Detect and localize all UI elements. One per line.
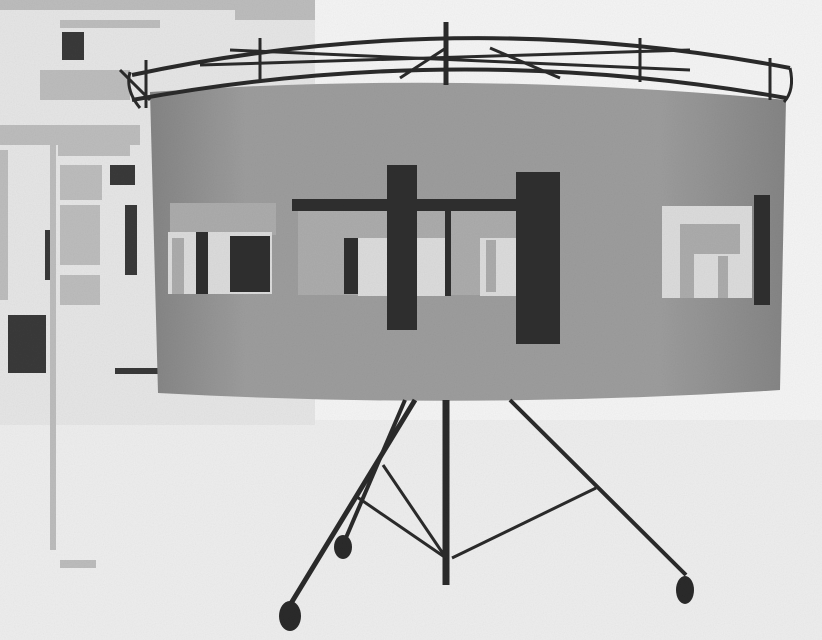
ground: [0, 420, 822, 640]
photograph: [0, 0, 822, 640]
drum-model: [150, 83, 786, 401]
